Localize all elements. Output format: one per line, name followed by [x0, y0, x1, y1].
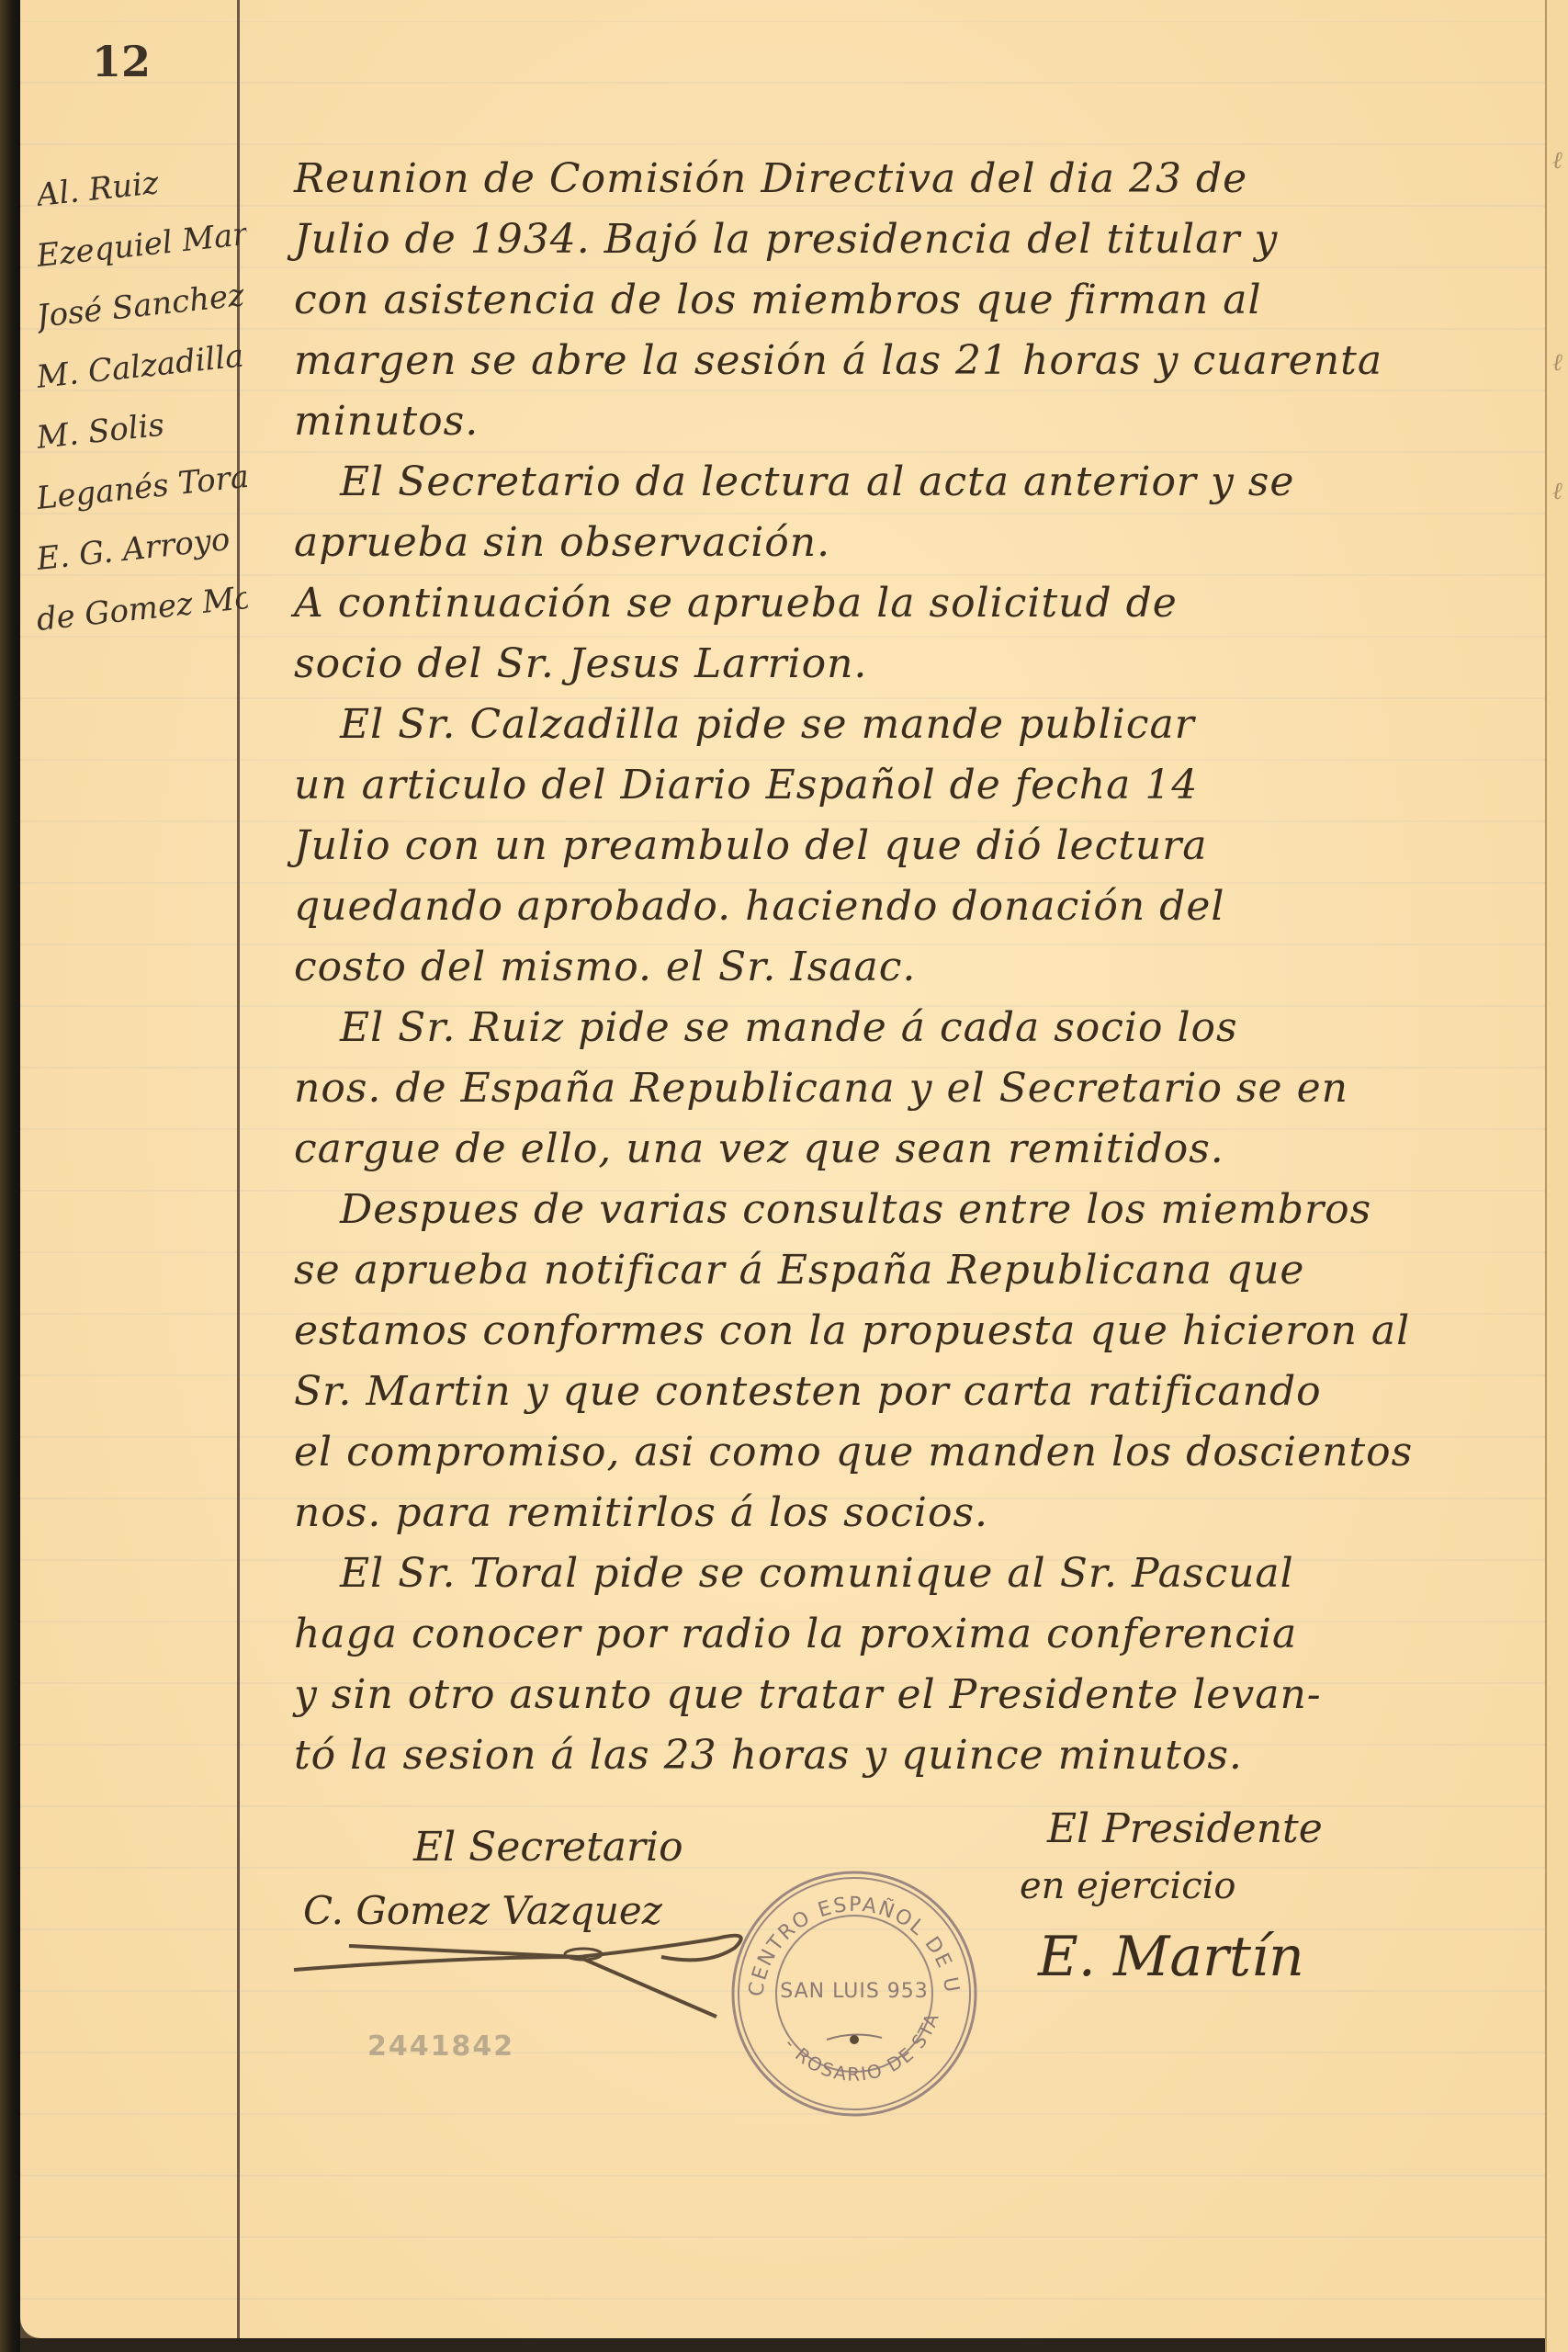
- page-number: 12: [92, 37, 151, 86]
- minutes-line: un articulo del Diario Español de fecha …: [294, 755, 1525, 816]
- minutes-line: Reunion de Comisión Directiva del dia 23…: [294, 149, 1525, 209]
- minutes-line: El Secretario da lectura al acta anterio…: [294, 452, 1525, 513]
- facing-page-text: ℓ: [1552, 147, 1562, 175]
- minutes-line: El Sr. Calzadilla pide se mande publicar: [294, 695, 1525, 755]
- minutes-line: A continuación se aprueba la solicitud d…: [294, 573, 1525, 634]
- book-binding: [0, 0, 20, 2352]
- minutes-line: nos. para remitirlos á los socios.: [294, 1483, 1525, 1543]
- secretary-title: El Secretario: [413, 1824, 683, 1871]
- association-stamp: CENTRO ESPAÑOL DE UNION REPUBLICANA - RO…: [726, 1865, 983, 2122]
- minutes-line: Julio con un preambulo del que dió lectu…: [294, 816, 1525, 876]
- minutes-line: Despues de varias consultas entre los mi…: [294, 1180, 1525, 1240]
- pencil-annotation: 2441842: [367, 2030, 514, 2063]
- minutes-line: quedando aprobado. haciendo donación del: [294, 876, 1525, 937]
- minutes-body: Reunion de Comisión Directiva del dia 23…: [294, 149, 1525, 1786]
- facing-page-edge: ℓ ℓ ℓ: [1545, 0, 1568, 2352]
- minutes-line: costo del mismo. el Sr. Isaac.: [294, 937, 1525, 998]
- minutes-line: estamos conformes con la propuesta que h…: [294, 1301, 1525, 1362]
- minutes-line: minutos.: [294, 391, 1525, 452]
- minutes-line: El Sr. Ruiz pide se mande á cada socio l…: [294, 998, 1525, 1058]
- minutes-line: nos. de España Republicana y el Secretar…: [294, 1058, 1525, 1119]
- svg-text:CENTRO ESPAÑOL DE UNION REPUBL: CENTRO ESPAÑOL DE UNION REPUBLICANA: [726, 1865, 964, 1998]
- stamp-address: SAN LUIS 953: [726, 1980, 983, 2003]
- minutes-line: aprueba sin observación.: [294, 513, 1525, 573]
- president-title: El Presidente: [1047, 1805, 1323, 1852]
- minutes-line: tó la sesion á las 23 horas y quince min…: [294, 1725, 1525, 1786]
- president-subtitle: en ejercicio: [1020, 1865, 1236, 1907]
- minutes-line: El Sr. Toral pide se comunique al Sr. Pa…: [294, 1543, 1525, 1604]
- minutes-line: margen se abre la sesión á las 21 horas …: [294, 331, 1525, 391]
- minutes-line: socio del Sr. Jesus Larrion.: [294, 634, 1525, 695]
- margin-signatures: Al. Ruiz Ezequiel Martín José Sanchez M.…: [37, 165, 248, 650]
- minutes-line: y sin otro asunto que tratar el Presiden…: [294, 1665, 1525, 1725]
- minutes-line: haga conocer por radio la proxima confer…: [294, 1604, 1525, 1665]
- minutes-line: Julio de 1934. Bajó la presidencia del t…: [294, 209, 1525, 270]
- minutes-line: se aprueba notificar á España Republican…: [294, 1240, 1525, 1301]
- minutes-line: el compromiso, asi como que manden los d…: [294, 1422, 1525, 1483]
- facing-page-text: ℓ: [1552, 478, 1562, 505]
- facing-page-text: ℓ: [1552, 349, 1562, 377]
- minutes-line: cargue de ello, una vez que sean remitid…: [294, 1119, 1525, 1180]
- minutes-line: con asistencia de los miembros que firma…: [294, 270, 1525, 331]
- president-signature: E. Martín: [1038, 1925, 1304, 1989]
- minutes-line: Sr. Martin y que contesten por carta rat…: [294, 1362, 1525, 1422]
- secretary-signature: C. Gomez Vazquez: [303, 1888, 662, 1933]
- signature-flourish: [276, 1929, 753, 2040]
